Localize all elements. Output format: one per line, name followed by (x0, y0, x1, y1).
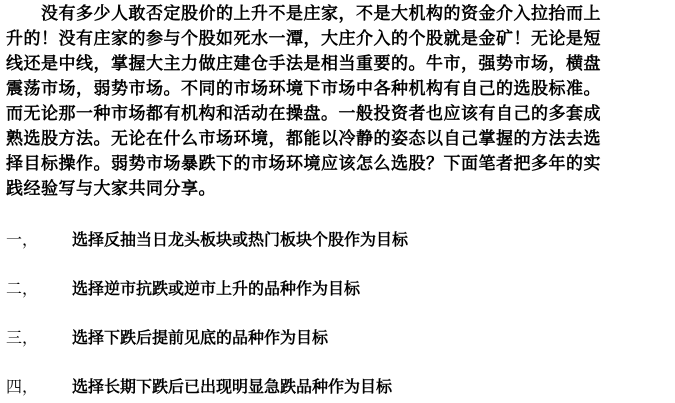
list-item-text: 选择逆市抗跌或逆市上升的品种作为目标 (72, 279, 360, 298)
paragraph-line: 震荡市场，弱势市场。不同的市场环境下市场中各种机构有自己的选股标准。 (6, 77, 601, 101)
list-item-text: 选择反抽当日龙头板块或热门板块个股作为目标 (72, 230, 408, 249)
paragraph-line: 没有多少人敢否定股价的上升不是庄家，不是大机构的资金介入拉抬而上 (6, 2, 601, 26)
paragraph-line: 升的！没有庄家的参与个股如死水一潭，大庄介入的个股就是金矿！无论是短 (6, 27, 601, 51)
list-item-number: 二， (6, 277, 72, 301)
list-item-number: 一， (6, 228, 72, 252)
paragraph-line: 择目标操作。弱势市场暴跌下的市场环境应该怎么选股？下面笔者把多年的实 (6, 152, 601, 176)
paragraph-line: 线还是中线，掌握大主力做庄建仓手法是相当重要的。牛市，强势市场，横盘 (6, 52, 601, 76)
paragraph-line: 熟选股方法。无论在什么市场环境，都能以冷静的姿态以自己掌握的方法去选 (6, 127, 601, 151)
list-item-text: 选择长期下跌后已出现明显急跌品种作为目标 (72, 377, 392, 396)
list-item-number: 四， (6, 375, 72, 399)
list-item: 四，选择长期下跌后已出现明显急跌品种作为目标 (6, 375, 392, 399)
list-item: 三，选择下跌后提前见底的品种作为目标 (6, 326, 328, 350)
list-item: 一，选择反抽当日龙头板块或热门板块个股作为目标 (6, 228, 408, 252)
article-document: 没有多少人敢否定股价的上升不是庄家，不是大机构的资金介入拉抬而上 升的！没有庄家… (0, 0, 675, 403)
list-item: 二，选择逆市抗跌或逆市上升的品种作为目标 (6, 277, 360, 301)
paragraph-line: 而无论那一种市场都有机构和活动在操盘。一般投资者也应该有自己的多套成 (6, 102, 601, 126)
list-item-number: 三， (6, 326, 72, 350)
paragraph-line: 践经验写与大家共同分享。 (6, 177, 216, 201)
list-item-text: 选择下跌后提前见底的品种作为目标 (72, 328, 328, 347)
